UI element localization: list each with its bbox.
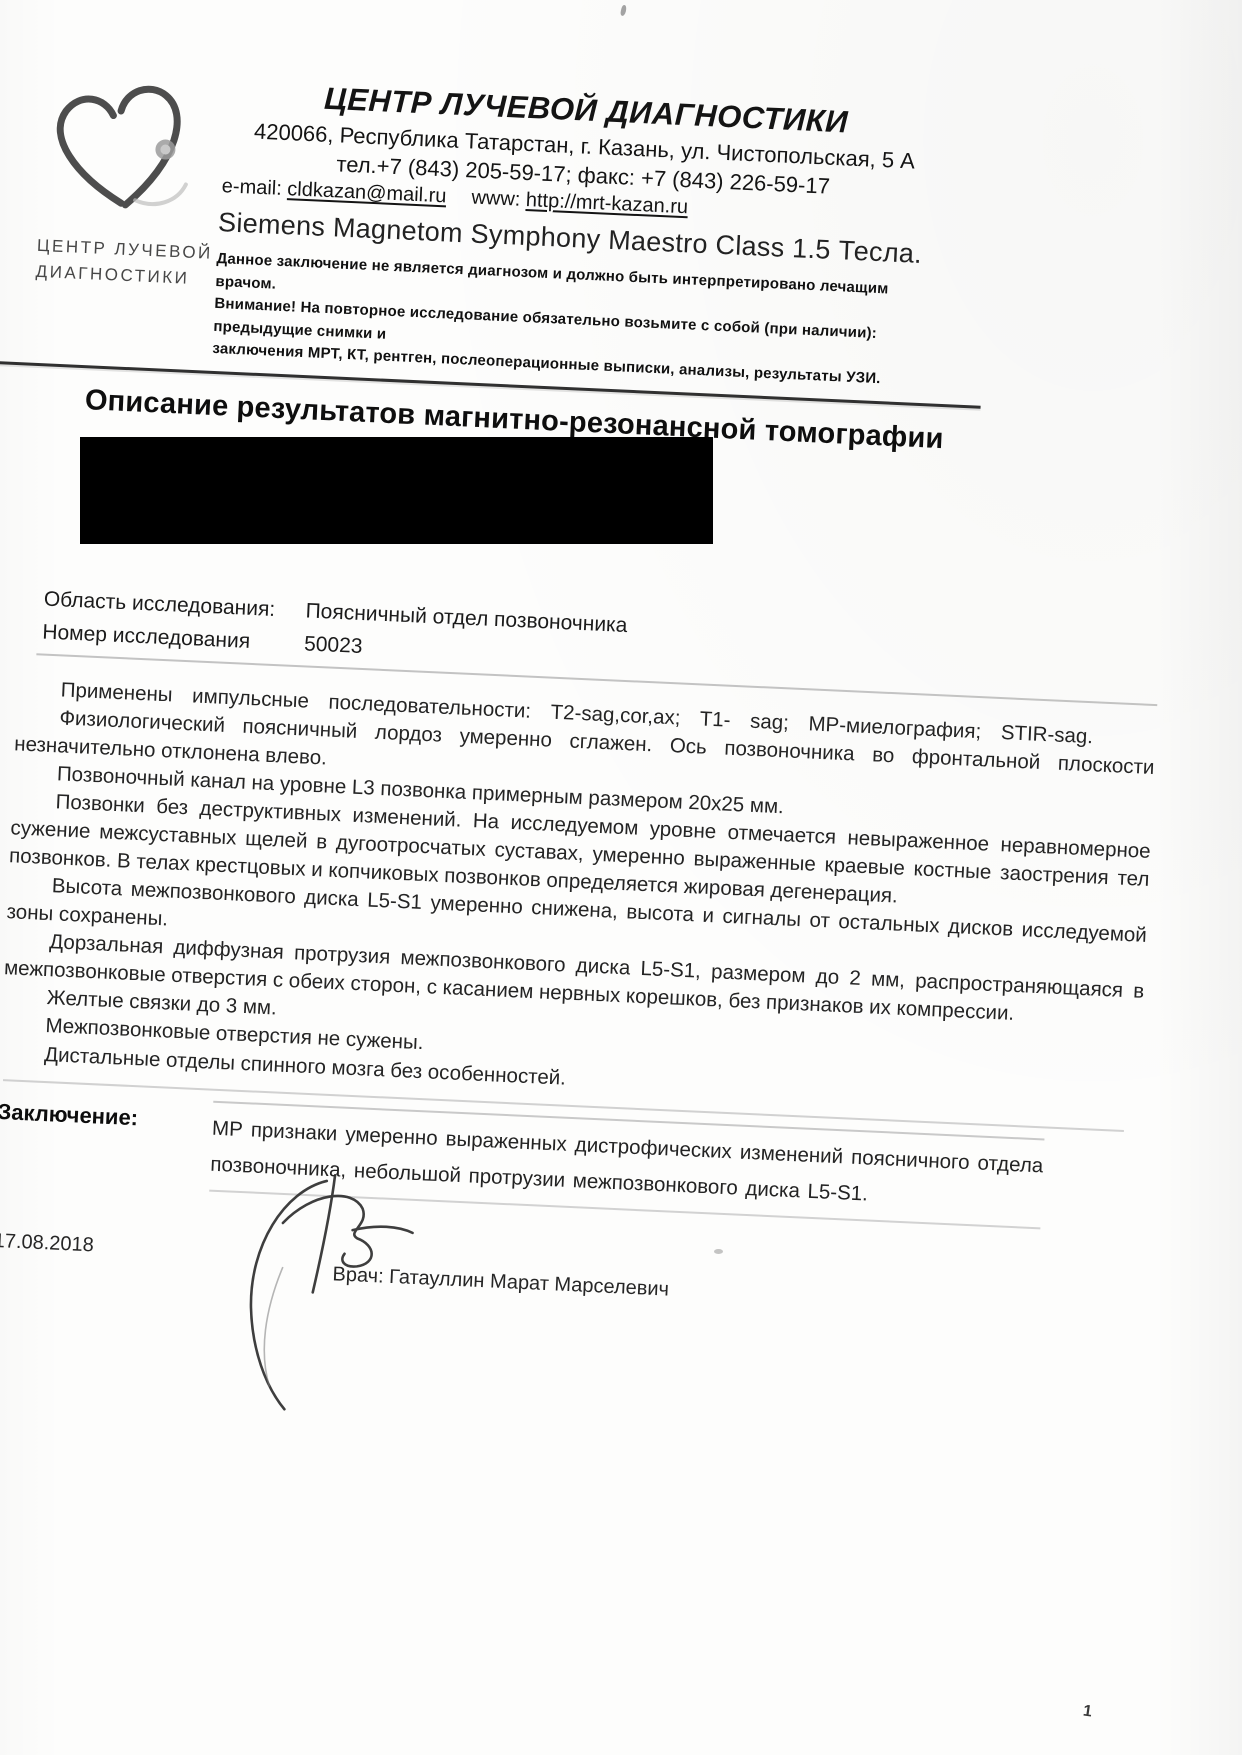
field-value: 50023: [304, 632, 363, 659]
redaction-block: [80, 437, 713, 544]
clinic-website: http://mrt-kazan.ru: [525, 189, 688, 218]
scanned-mri-report-page: { "logo": { "caption_line1": "ЦЕНТР ЛУЧЕ…: [0, 0, 1242, 1755]
conclusion-label: Заключение:: [0, 1091, 213, 1192]
report-date: 17.08.2018: [0, 1230, 94, 1258]
logo-caption: ЦЕНТР ЛУЧЕВОЙ ДИАГНОСТИКИ: [35, 233, 217, 294]
scan-speck: [620, 5, 628, 17]
letterhead: ЦЕНТР ЛУЧЕВОЙ ДИАГНОСТИКИ ЦЕНТР ЛУЧЕВОЙ …: [32, 68, 1184, 404]
doctor-signature: [216, 1167, 437, 1426]
signature-row: 17.08.2018 Врач: Гатауллин Марат Марселе…: [0, 1190, 1133, 1451]
page-number: 1: [1082, 1702, 1093, 1721]
scanned-document-content: ЦЕНТР ЛУЧЕВОЙ ДИАГНОСТИКИ ЦЕНТР ЛУЧЕВОЙ …: [0, 68, 1184, 1452]
clinic-logo: ЦЕНТР ЛУЧЕВОЙ ДИАГНОСТИКИ: [32, 68, 225, 360]
clinic-email: cldkazan@mail.ru: [287, 178, 447, 207]
email-label: e-mail:: [221, 175, 282, 200]
field-label: Номер исследования: [42, 620, 305, 656]
letterhead-text: ЦЕНТР ЛУЧЕВОЙ ДИАГНОСТИКИ 420066, Респуб…: [212, 76, 949, 393]
disclaimer: Данное заключение не является диагнозом …: [212, 248, 941, 393]
www-label: www:: [471, 186, 521, 210]
findings: Применены импульсные последовательности:…: [0, 674, 1156, 1118]
heart-logo-icon: [38, 80, 196, 225]
